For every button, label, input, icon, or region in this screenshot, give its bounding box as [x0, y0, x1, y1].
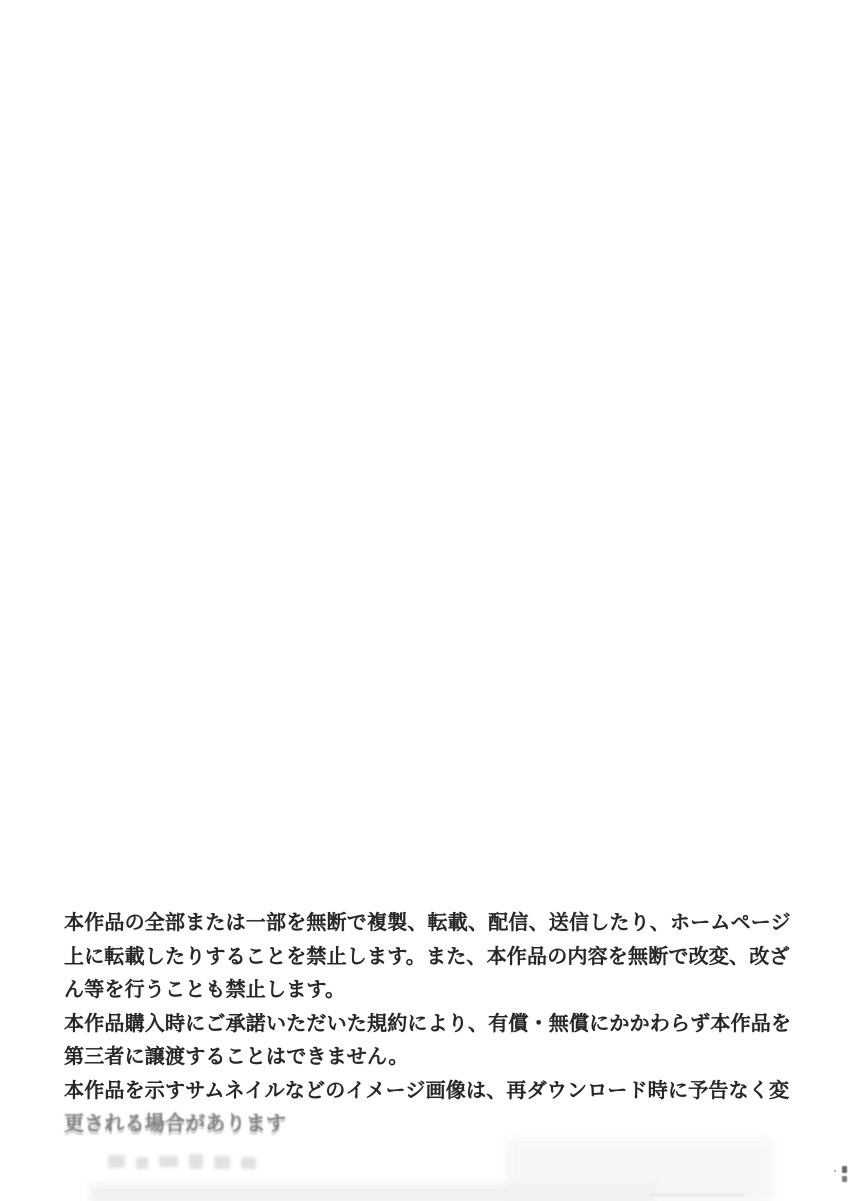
- notice-line: 第三者に譲渡することはできません。: [64, 1040, 804, 1074]
- notice-line: 本作品を示すサムネイルなどのイメージ画像は、再ダウンロード時に予告なく変: [64, 1074, 804, 1108]
- notice-line: 本作品の全部または一部を無断で複製、転載、配信、送信したり、ホームページ: [64, 906, 804, 940]
- scan-speck-artifact: [842, 1176, 847, 1182]
- copyright-notice: 本作品の全部または一部を無断で複製、転載、配信、送信したり、ホームページ 上に転…: [64, 906, 804, 1141]
- ghost-text-scan-artifact: [108, 1151, 256, 1171]
- scanned-copyright-page: 本作品の全部または一部を無断で複製、転載、配信、送信したり、ホームページ 上に転…: [0, 0, 850, 1201]
- scan-speck-artifact: [842, 1166, 847, 1173]
- notice-line-faded: 更される場合があります: [64, 1107, 804, 1141]
- scan-speck-artifact: [834, 1170, 836, 1172]
- notice-line: ん等を行うことも禁止します。: [64, 973, 804, 1007]
- scan-hairline-artifact: [650, 1194, 745, 1196]
- scan-shading-artifact: [90, 1184, 655, 1201]
- notice-line: 本作品購入時にご承諾いただいた規約により、有償・無償にかかわらず本作品を: [64, 1007, 804, 1041]
- notice-line: 上に転載したりすることを禁止します。また、本作品の内容を無断で改変、改ざ: [64, 940, 804, 974]
